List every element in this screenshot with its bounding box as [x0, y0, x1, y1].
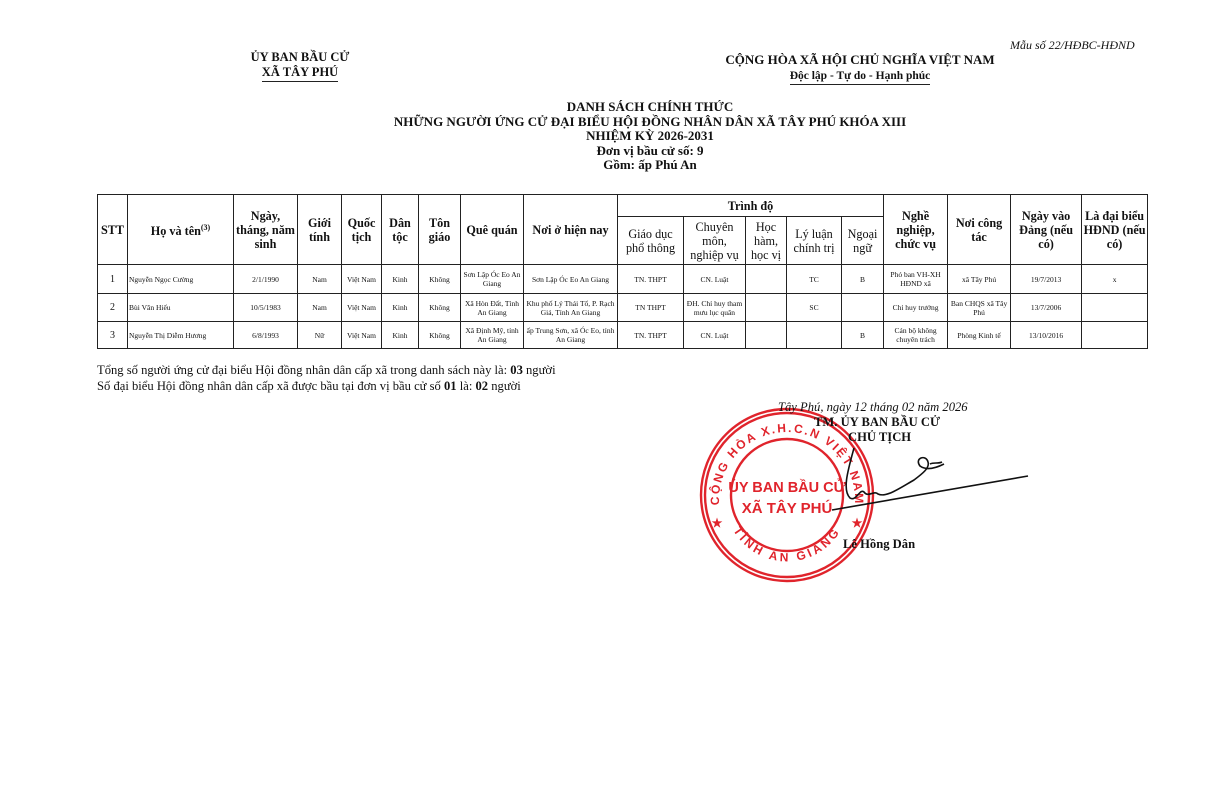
cell-ethnicity: Kinh	[382, 294, 419, 322]
cell-nationality: Việt Nam	[342, 322, 382, 349]
cell-gender: Nữ	[298, 322, 342, 349]
cell-name: Nguyễn Thị Diễm Hương	[128, 322, 234, 349]
seal-outer-bottom: TỈNH AN GIANG	[731, 524, 844, 564]
header-hometown: Quê quán	[461, 195, 524, 265]
header-nationality: Quốc tịch	[342, 195, 382, 265]
cell-name: Bùi Văn Hiếu	[128, 294, 234, 322]
cell-dob: 6/8/1993	[234, 322, 298, 349]
header-gender: Giới tính	[298, 195, 342, 265]
cell-political: SC	[787, 294, 842, 322]
svg-text:TỈNH AN GIANG: TỈNH AN GIANG	[731, 524, 844, 564]
cell-religion: Không	[419, 322, 461, 349]
cell-is-delegate: x	[1082, 265, 1148, 294]
cell-dob: 10/5/1983	[234, 294, 298, 322]
header-occupation: Nghề nghiệp, chức vụ	[884, 195, 948, 265]
header-ethnicity: Dân tộc	[382, 195, 419, 265]
table-row: 3Nguyễn Thị Diễm Hương6/8/1993NữViệt Nam…	[98, 322, 1148, 349]
header-residence: Nơi ở hiện nay	[524, 195, 618, 265]
header-party-date: Ngày vào Đảng (nếu có)	[1011, 195, 1082, 265]
cell-language: B	[842, 322, 884, 349]
summary-total-candidates: Tổng số người ứng cử đại biểu Hội đồng n…	[97, 362, 556, 378]
cell-name: Nguyễn Ngọc Cường	[128, 265, 234, 294]
cell-specialty: CN. Luật	[684, 265, 746, 294]
summary-total-label: Tổng số người ứng cử đại biểu Hội đồng n…	[97, 363, 510, 377]
cell-is-delegate	[1082, 294, 1148, 322]
header-religion: Tôn giáo	[419, 195, 461, 265]
summary-seats-mid: là:	[457, 379, 476, 393]
document-title: DANH SÁCH CHÍNH THỨC NHỮNG NGƯỜI ỨNG CỬ …	[300, 100, 1000, 173]
cell-political	[787, 322, 842, 349]
cell-academic	[746, 294, 787, 322]
header-dob: Ngày, tháng, năm sinh	[234, 195, 298, 265]
summary-seats-suffix: người	[488, 379, 521, 393]
cell-ethnicity: Kinh	[382, 322, 419, 349]
org-name-line1: ỦY BAN BẦU CỬ	[200, 50, 400, 65]
electoral-unit: Đơn vị bầu cử số: 9	[300, 144, 1000, 159]
title-line2: NHỮNG NGƯỜI ỨNG CỬ ĐẠI BIỂU HỘI ĐỒNG NHÂ…	[300, 115, 1000, 130]
signer-organization: TM. ỦY BAN BẦU CỬ	[814, 415, 940, 430]
header-education-group: Trình độ	[618, 195, 884, 217]
cell-hometown: Xã Định Mỹ, tỉnh An Giang	[461, 322, 524, 349]
cell-specialty: ĐH. Chỉ huy tham mưu lục quân	[684, 294, 746, 322]
cell-workplace: Ban CHQS xã Tây Phú	[948, 294, 1011, 322]
title-line1: DANH SÁCH CHÍNH THỨC	[300, 100, 1000, 115]
seal-center-line2: XÃ TÂY PHÚ	[742, 499, 833, 517]
summary-seats-count: 02	[475, 379, 488, 393]
cell-language	[842, 294, 884, 322]
header-academic-title: Học hàm, học vị	[746, 217, 787, 265]
electoral-area: Gồm: ấp Phú An	[300, 158, 1000, 173]
cell-general-edu: TN. THPT	[618, 265, 684, 294]
place-and-date: Tây Phú, ngày 12 tháng 02 năm 2026	[778, 400, 968, 415]
header-specialty: Chuyên môn, nghiệp vụ	[684, 217, 746, 265]
cell-stt: 2	[98, 294, 128, 322]
cell-stt: 1	[98, 265, 128, 294]
candidates-table: STT Họ và tên(3) Ngày, tháng, năm sinh G…	[97, 194, 1148, 349]
cell-occupation: Cán bộ không chuyên trách	[884, 322, 948, 349]
nation-name: CỘNG HÒA XÃ HỘI CHỦ NGHĨA VIỆT NAM	[660, 52, 1060, 67]
summary-seats: Số đại biểu Hội đồng nhân dân cấp xã đượ…	[97, 378, 556, 394]
cell-academic	[746, 265, 787, 294]
header-name: Họ và tên(3)	[128, 195, 234, 265]
cell-gender: Nam	[298, 265, 342, 294]
cell-general-edu: TN. THPT	[618, 322, 684, 349]
cell-occupation: Phó ban VH-XH HĐND xã	[884, 265, 948, 294]
summary-total-unit: người	[523, 363, 556, 377]
cell-gender: Nam	[298, 294, 342, 322]
header-is-delegate: Là đại biểu HĐND (nếu có)	[1082, 195, 1148, 265]
cell-residence: Khu phố Lý Thái Tổ, P. Rạch Giá, Tỉnh An…	[524, 294, 618, 322]
title-line3: NHIỆM KỲ 2026-2031	[300, 129, 1000, 144]
summary-seats-unit-number: 01	[444, 379, 457, 393]
cell-religion: Không	[419, 294, 461, 322]
cell-is-delegate	[1082, 322, 1148, 349]
header-political-theory: Lý luận chính trị	[787, 217, 842, 265]
national-header: CỘNG HÒA XÃ HỘI CHỦ NGHĨA VIỆT NAM Độc l…	[660, 52, 1060, 85]
svg-text:★: ★	[712, 516, 723, 530]
cell-language: B	[842, 265, 884, 294]
cell-workplace: Phòng Kinh tế	[948, 322, 1011, 349]
summary-total-count: 03	[510, 363, 523, 377]
cell-party-date: 19/7/2013	[1011, 265, 1082, 294]
table-row: 1Nguyễn Ngọc Cường2/1/1990NamViệt NamKin…	[98, 265, 1148, 294]
header-stt: STT	[98, 195, 128, 265]
cell-residence: ấp Trung Sơn, xã Óc Eo, tỉnh An Giang	[524, 322, 618, 349]
cell-workplace: xã Tây Phú	[948, 265, 1011, 294]
cell-general-edu: TN THPT	[618, 294, 684, 322]
header-name-footnote: (3)	[201, 223, 210, 232]
national-motto: Độc lập - Tự do - Hạnh phúc	[790, 69, 931, 85]
cell-hometown: Xã Hòn Đất, Tỉnh An Giang	[461, 294, 524, 322]
cell-religion: Không	[419, 265, 461, 294]
table-row: 2Bùi Văn Hiếu10/5/1983NamViệt NamKinhKhô…	[98, 294, 1148, 322]
cell-dob: 2/1/1990	[234, 265, 298, 294]
cell-party-date: 13/7/2006	[1011, 294, 1082, 322]
header-foreign-language: Ngoại ngữ	[842, 217, 884, 265]
handwritten-signature-icon	[830, 440, 1030, 530]
org-name-line2: XÃ TÂY PHÚ	[262, 65, 338, 82]
seal-center-line1: ỦY BAN BẦU CỬ	[728, 478, 846, 496]
cell-party-date: 13/10/2016	[1011, 322, 1082, 349]
cell-residence: Sơn Lập Óc Eo An Giang	[524, 265, 618, 294]
summary-seats-label: Số đại biểu Hội đồng nhân dân cấp xã đượ…	[97, 379, 444, 393]
cell-specialty: CN. Luật	[684, 322, 746, 349]
cell-ethnicity: Kinh	[382, 265, 419, 294]
cell-nationality: Việt Nam	[342, 294, 382, 322]
cell-political: TC	[787, 265, 842, 294]
header-name-label: Họ và tên	[151, 224, 201, 238]
signer-name: Lê Hồng Dân	[843, 537, 915, 552]
cell-academic	[746, 322, 787, 349]
cell-occupation: Chỉ huy trưởng	[884, 294, 948, 322]
cell-stt: 3	[98, 322, 128, 349]
cell-hometown: Sơn Lập Óc Eo An Giang	[461, 265, 524, 294]
cell-nationality: Việt Nam	[342, 265, 382, 294]
issuing-organization: ỦY BAN BẦU CỬ XÃ TÂY PHÚ	[200, 50, 400, 82]
form-number: Mẫu số 22/HĐBC-HĐND	[1010, 38, 1135, 53]
header-workplace: Nơi công tác	[948, 195, 1011, 265]
header-general-education: Giáo dục phổ thông	[618, 217, 684, 265]
summary: Tổng số người ứng cử đại biểu Hội đồng n…	[97, 362, 556, 394]
